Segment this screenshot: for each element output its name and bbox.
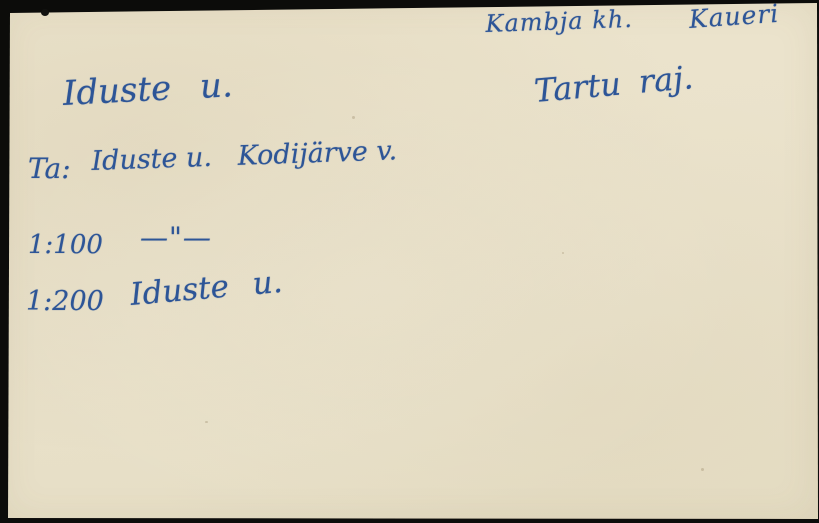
entry-scale-1-200: 1:200 bbox=[26, 286, 104, 317]
paper-speck bbox=[701, 468, 704, 471]
paper-speck bbox=[352, 116, 355, 119]
paper-speck bbox=[562, 252, 564, 254]
scan-artifact-dot bbox=[41, 9, 49, 16]
parish-label: Kambja kh. bbox=[485, 5, 633, 38]
scanned-card: Kambja kh. Kaueri Iduste u. Tartu raj. T… bbox=[0, 0, 819, 523]
entry-prefix-ta: Ta: bbox=[28, 152, 71, 185]
entry-scale-1-100: 1:100 bbox=[28, 230, 103, 260]
paper-speck bbox=[205, 421, 208, 423]
entry-ditto-mark: —"— bbox=[140, 221, 212, 254]
